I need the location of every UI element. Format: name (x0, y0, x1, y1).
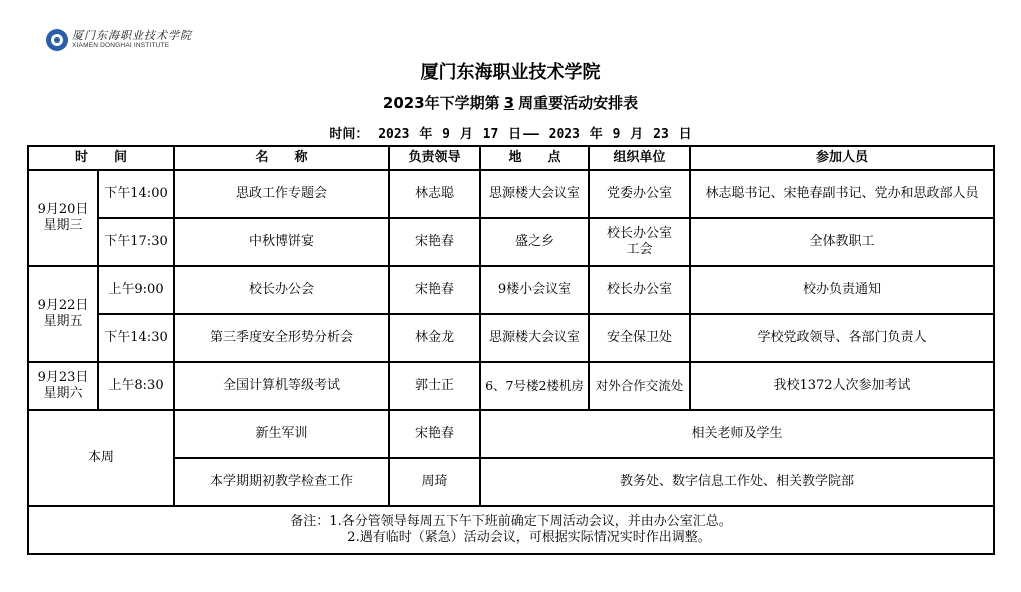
event-name-cell: 思政工作专题会 (174, 170, 389, 218)
table-row: 下午17:30 中秋博饼宴 宋艳春 盛之乡 校长办公室 工会 全体教职工 (28, 218, 994, 266)
month-unit: 月 (630, 127, 643, 142)
logo-chinese-name: 厦门东海职业技术学院 (72, 30, 192, 41)
table-row: 9月20日 星期三 下午14:00 思政工作专题会 林志聪 思源楼大会议室 党委… (28, 170, 994, 218)
start-day: 17 (483, 127, 499, 142)
leader-cell: 林志聪 (389, 170, 480, 218)
event-name-cell: 本学期期初教学检查工作 (174, 458, 389, 506)
date: 9月23日 (29, 370, 97, 386)
time-cell: 下午17:30 (98, 218, 174, 266)
organizer-line: 工会 (590, 242, 689, 258)
participants-cell: 相关老师及学生 (480, 410, 994, 458)
time-cell: 上午8:30 (98, 362, 174, 410)
notes-label: 备注： (290, 514, 329, 529)
table-row: 9月23日 星期六 上午8:30 全国计算机等级考试 郭士正 6、7号楼2楼机房… (28, 362, 994, 410)
event-name-cell: 全国计算机等级考试 (174, 362, 389, 410)
participants-cell: 校办负责通知 (690, 266, 994, 314)
leader-cell: 周琦 (389, 458, 480, 506)
start-year: 2023 (378, 127, 409, 142)
date-cell: 9月23日 星期六 (28, 362, 98, 410)
time-cell: 下午14:30 (98, 314, 174, 362)
table-row: 下午14:30 第三季度安全形势分析会 林金龙 思源楼大会议室 安全保卫处 学校… (28, 314, 994, 362)
end-day: 23 (653, 127, 669, 142)
organizer-cell: 安全保卫处 (589, 314, 690, 362)
logo-english-name: XIAMEN DONGHAI INSTITUTE (72, 43, 192, 50)
event-name-cell: 新生军训 (174, 410, 389, 458)
header-location: 地 点 (480, 146, 589, 170)
date-range: 时间： 2023 年 9 月 17 日—— 2023 年 9 月 23 日 (0, 123, 1021, 142)
institute-emblem-icon (46, 29, 68, 51)
weekday: 星期五 (29, 314, 97, 330)
note-item: 2.遇有临时（紧急）活动会议，可根据实际情况实时作出调整。 (29, 530, 993, 546)
weekday: 星期三 (29, 218, 97, 234)
end-year: 2023 (549, 127, 580, 142)
participants-cell: 全体教职工 (690, 218, 994, 266)
organizer-cell: 校长办公室 工会 (589, 218, 690, 266)
document-title: 厦门东海职业技术学院 (0, 58, 1021, 84)
event-name-cell: 校长办公会 (174, 266, 389, 314)
leader-cell: 宋艳春 (389, 266, 480, 314)
institute-logo: 厦门东海职业技术学院 XIAMEN DONGHAI INSTITUTE (46, 26, 192, 54)
time-cell: 下午14:00 (98, 170, 174, 218)
header-name: 名 称 (174, 146, 389, 170)
header-row: 时 间 名 称 负责领导 地 点 组织单位 参加人员 (28, 146, 994, 170)
participants-cell: 林志聪书记、宋艳春副书记、党办和思政部人员 (690, 170, 994, 218)
leader-cell: 宋艳春 (389, 410, 480, 458)
day-unit: 日 (508, 127, 521, 142)
note-line: 备注：1.各分管领导每周五下午下班前确定下周活动会议，并由办公室汇总。 (29, 514, 993, 530)
header-organizer: 组织单位 (589, 146, 690, 170)
date-cell: 9月20日 星期三 (28, 170, 98, 266)
header-time: 时 间 (28, 146, 174, 170)
organizer-cell: 党委办公室 (589, 170, 690, 218)
participants-cell: 我校1372人次参加考试 (690, 362, 994, 410)
range-dash: —— (523, 127, 539, 142)
notes-cell: 备注：1.各分管领导每周五下午下班前确定下周活动会议，并由办公室汇总。 2.遇有… (28, 506, 994, 554)
subtitle-prefix: 2023年下学期第 (383, 94, 500, 112)
table-row: 本周 新生军训 宋艳春 相关老师及学生 (28, 410, 994, 458)
location-cell: 思源楼大会议室 (480, 170, 589, 218)
year-unit: 年 (590, 127, 603, 142)
header-participants: 参加人员 (690, 146, 994, 170)
table-row: 9月22日 星期五 上午9:00 校长办公会 宋艳春 9楼小会议室 校长办公室 … (28, 266, 994, 314)
this-week-cell: 本周 (28, 410, 174, 506)
time-cell: 上午9:00 (98, 266, 174, 314)
date: 9月20日 (29, 202, 97, 218)
participants-cell: 学校党政领导、各部门负责人 (690, 314, 994, 362)
document-subtitle: 2023年下学期第3周重要活动安排表 (0, 92, 1021, 113)
organizer-cell: 对外合作交流处 (589, 362, 690, 410)
date: 9月22日 (29, 298, 97, 314)
subtitle-suffix: 周重要活动安排表 (518, 94, 638, 112)
header-leader: 负责领导 (389, 146, 480, 170)
organizer-line: 校长办公室 (590, 226, 689, 242)
weekday: 星期六 (29, 386, 97, 402)
notes-row: 备注：1.各分管领导每周五下午下班前确定下周活动会议，并由办公室汇总。 2.遇有… (28, 506, 994, 554)
location-cell: 思源楼大会议室 (480, 314, 589, 362)
week-number: 3 (500, 94, 518, 112)
participants-cell: 教务处、数字信息工作处、相关教学院部 (480, 458, 994, 506)
day-unit: 日 (679, 127, 692, 142)
schedule-table: 时 间 名 称 负责领导 地 点 组织单位 参加人员 9月20日 星期三 下午1… (27, 145, 995, 555)
event-name-cell: 第三季度安全形势分析会 (174, 314, 389, 362)
leader-cell: 郭士正 (389, 362, 480, 410)
date-cell: 9月22日 星期五 (28, 266, 98, 362)
start-month: 9 (442, 127, 450, 142)
location-cell: 盛之乡 (480, 218, 589, 266)
organizer-cell: 校长办公室 (589, 266, 690, 314)
end-month: 9 (613, 127, 621, 142)
event-name-cell: 中秋博饼宴 (174, 218, 389, 266)
leader-cell: 林金龙 (389, 314, 480, 362)
note-item: 1.各分管领导每周五下午下班前确定下周活动会议，并由办公室汇总。 (329, 514, 731, 529)
year-unit: 年 (419, 127, 432, 142)
date-range-label: 时间： (329, 127, 368, 142)
month-unit: 月 (460, 127, 473, 142)
location-cell: 6、7号楼2楼机房 (480, 362, 589, 410)
location-cell: 9楼小会议室 (480, 266, 589, 314)
leader-cell: 宋艳春 (389, 218, 480, 266)
